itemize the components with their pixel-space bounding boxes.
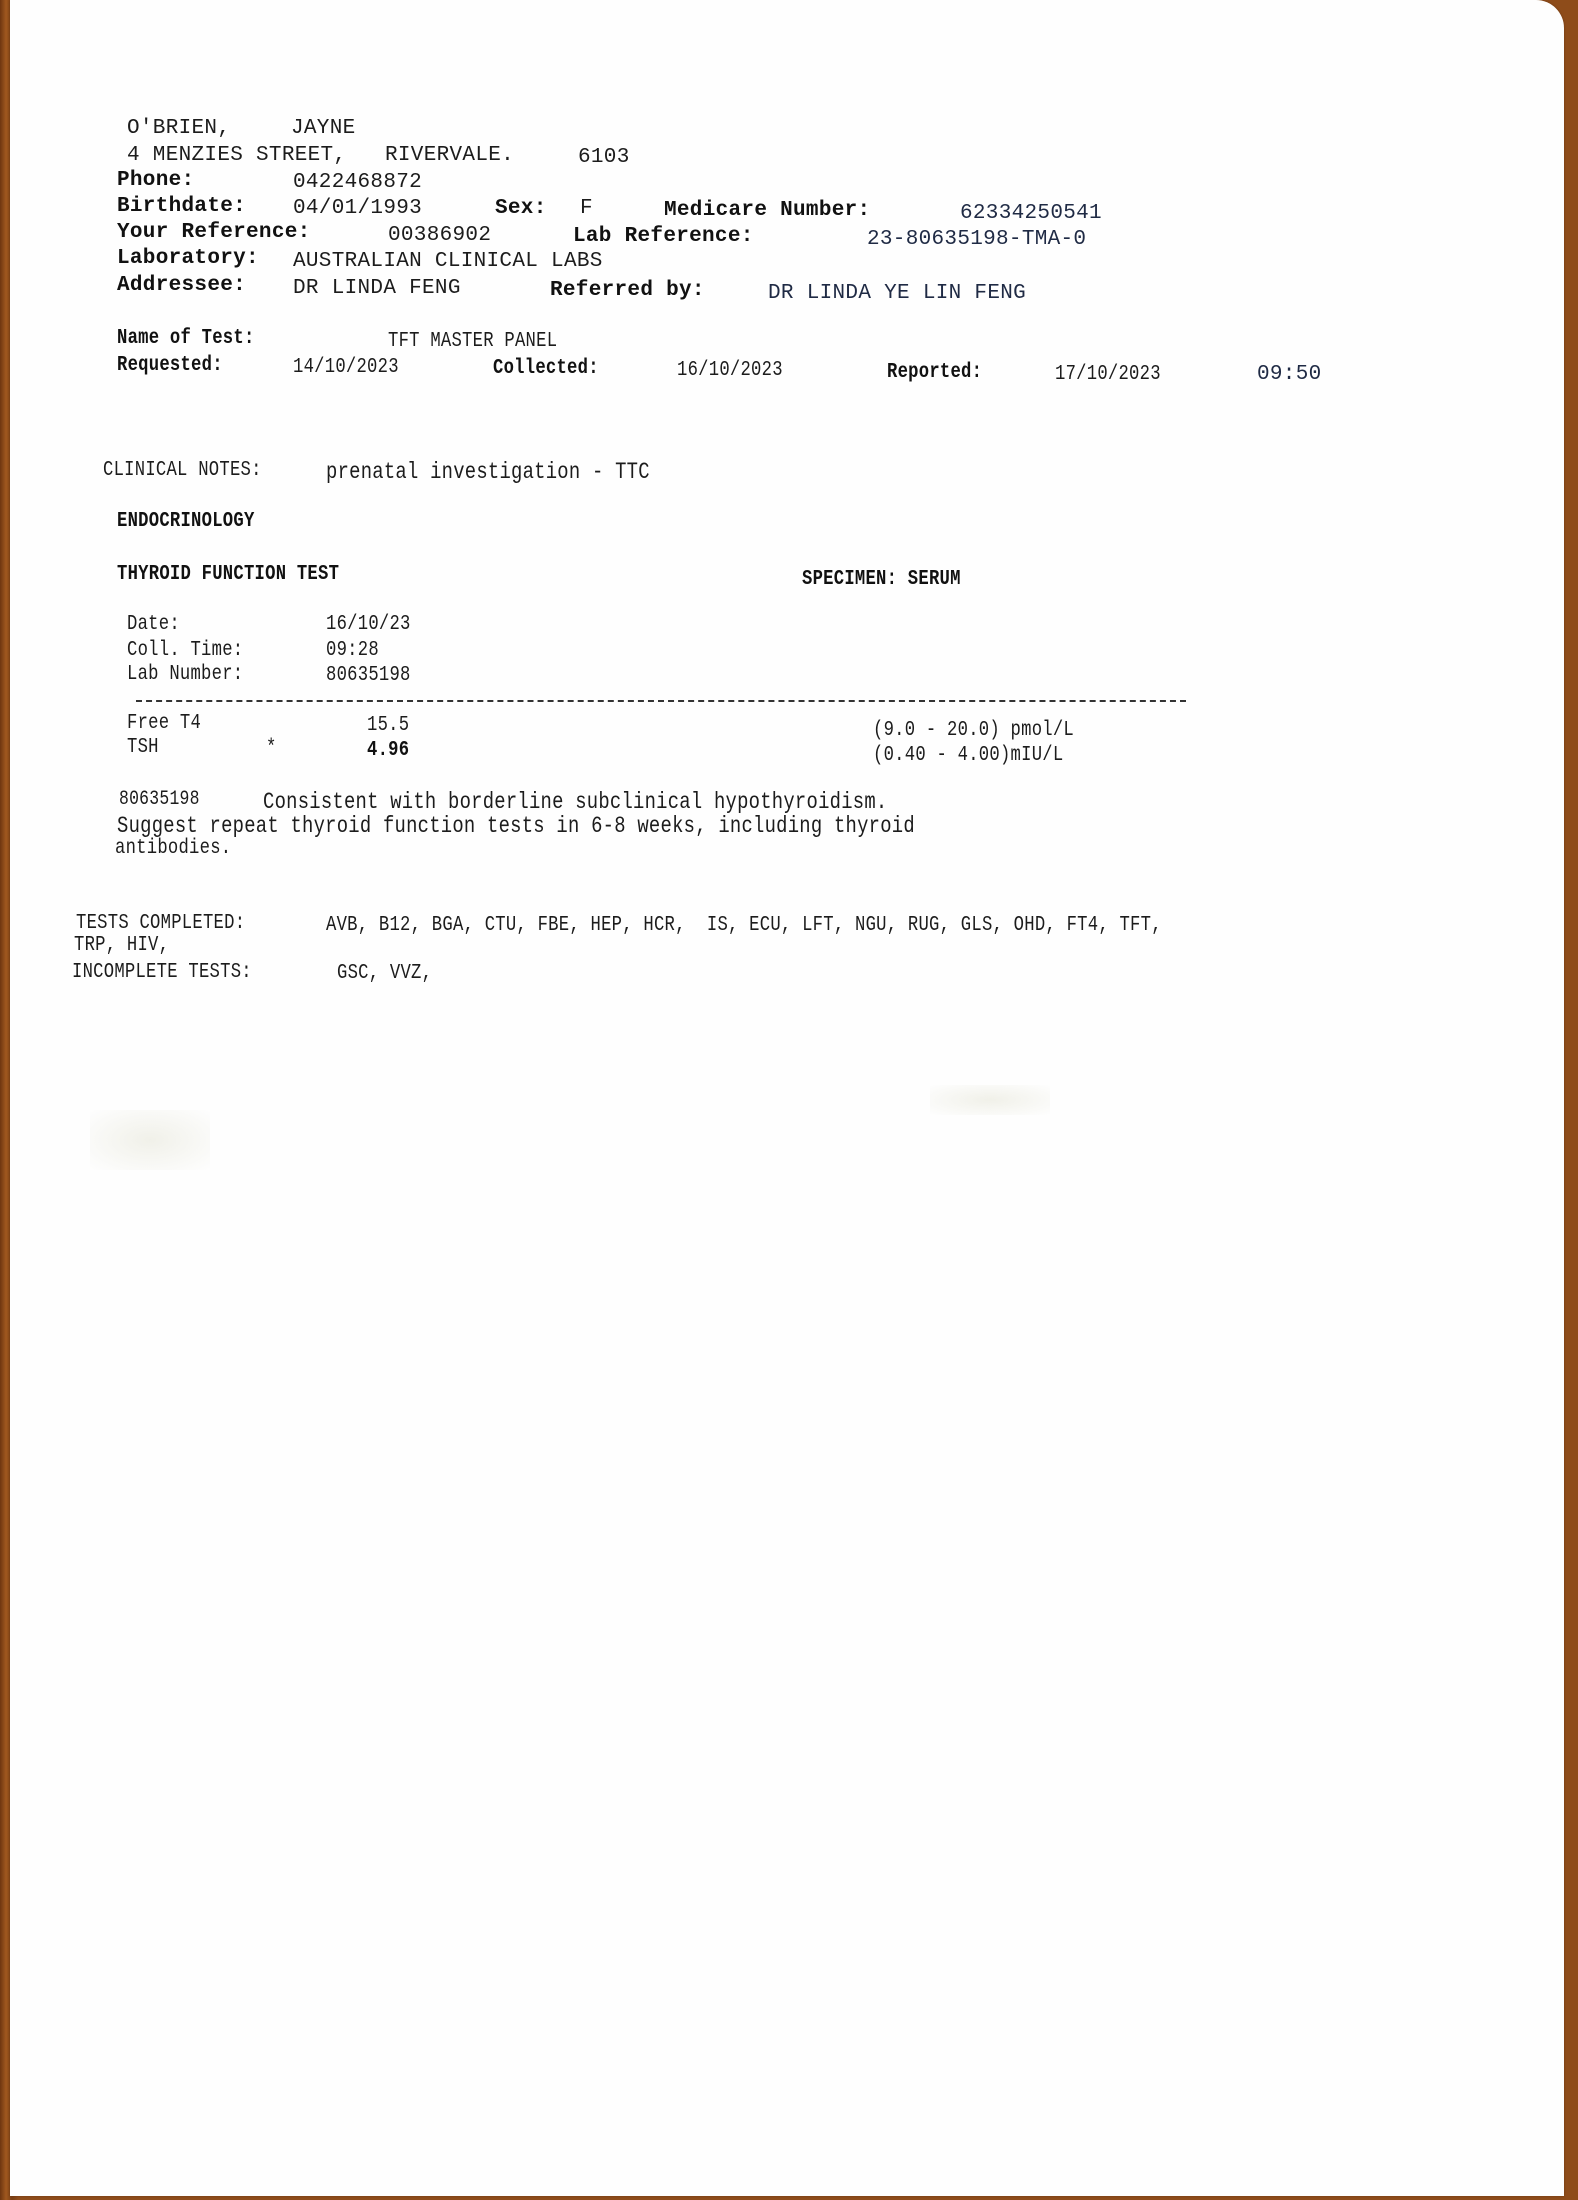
specimen-type: SPECIMEN: SERUM [802,569,961,590]
requested-value: 14/10/2023 [293,357,399,378]
analyte-name: TSH [127,737,159,758]
phone-label: Phone: [117,170,194,191]
lab-number-value: 80635198 [326,665,411,686]
referred-by-value: DR LINDA YE LIN FENG [768,283,1026,304]
report-sheet: O'BRIEN, JAYNE 4 MENZIES STREET, RIVERVA… [10,0,1564,2196]
patient-surname: O'BRIEN, [127,118,230,139]
referred-by-label: Referred by: [550,280,705,301]
lab-number-label: Lab Number: [127,664,243,685]
collection-time-label: Coll. Time: [127,640,243,661]
your-reference-value: 00386902 [388,225,491,246]
result-value: 4.96 [367,740,409,761]
sex-value: F [580,198,593,219]
collection-date-label: Date: [127,614,180,635]
sex-label: Sex: [495,198,547,219]
results-divider [136,700,1186,702]
reference-range: (0.40 - 4.00)mIU/L [873,745,1063,766]
scan-artifact [90,1110,210,1170]
your-reference-label: Your Reference: [117,222,311,243]
collected-label: Collected: [493,358,599,379]
result-value: 15.5 [367,715,409,736]
reference-range: (9.0 - 20.0) pmol/L [873,720,1074,741]
comment-line-2: Suggest repeat thyroid function tests in… [117,815,915,838]
test-name-label: Name of Test: [117,328,255,349]
tests-completed-label: TESTS COMPLETED: [76,913,245,934]
reported-date: 17/10/2023 [1055,364,1161,385]
incomplete-tests-list: GSC, VVZ, [337,963,432,984]
collection-time-value: 09:28 [326,640,379,661]
addressee-value: DR LINDA FENG [293,278,461,299]
comment-line-3: antibodies. [115,838,231,859]
reported-label: Reported: [887,362,982,383]
patient-postcode: 6103 [578,147,630,168]
medicare-value: 62334250541 [960,203,1102,224]
incomplete-tests-label: INCOMPLETE TESTS: [72,962,252,983]
patient-address: 4 MENZIES STREET, [127,145,346,166]
tests-completed-list-cont: TRP, HIV, [74,935,169,956]
analyte-name: Free T4 [127,713,201,734]
panel-title: THYROID FUNCTION TEST [117,564,339,585]
lab-reference-label: Lab Reference: [573,226,754,247]
collection-date-value: 16/10/23 [326,614,411,635]
test-name-value: TFT MASTER PANEL [388,331,557,352]
clinical-notes-label: CLINICAL NOTES: [103,460,262,481]
requested-label: Requested: [117,355,223,376]
clinical-notes-text: prenatal investigation - TTC [326,461,650,484]
patient-suburb: RIVERVALE. [385,145,514,166]
comment-line-1: Consistent with borderline subclinical h… [263,791,887,814]
laboratory-label: Laboratory: [117,248,259,269]
laboratory-value: AUSTRALIAN CLINICAL LABS [293,251,603,272]
addressee-label: Addressee: [117,275,246,296]
birthdate-value: 04/01/1993 [293,198,422,219]
medicare-label: Medicare Number: [664,200,870,221]
birthdate-label: Birthdate: [117,196,246,217]
collected-value: 16/10/2023 [677,360,783,381]
abnormal-flag: * [266,738,277,759]
patient-given-name: JAYNE [291,118,356,139]
reported-time: 09:50 [1257,364,1322,385]
scan-artifact [930,1085,1050,1115]
lab-reference-value: 23-80635198-TMA-0 [867,229,1086,250]
department-heading: ENDOCRINOLOGY [117,511,255,532]
tests-completed-list: AVB, B12, BGA, CTU, FBE, HEP, HCR, IS, E… [326,915,1162,936]
comment-lab-number: 80635198 [119,790,200,810]
phone-value: 0422468872 [293,172,422,193]
